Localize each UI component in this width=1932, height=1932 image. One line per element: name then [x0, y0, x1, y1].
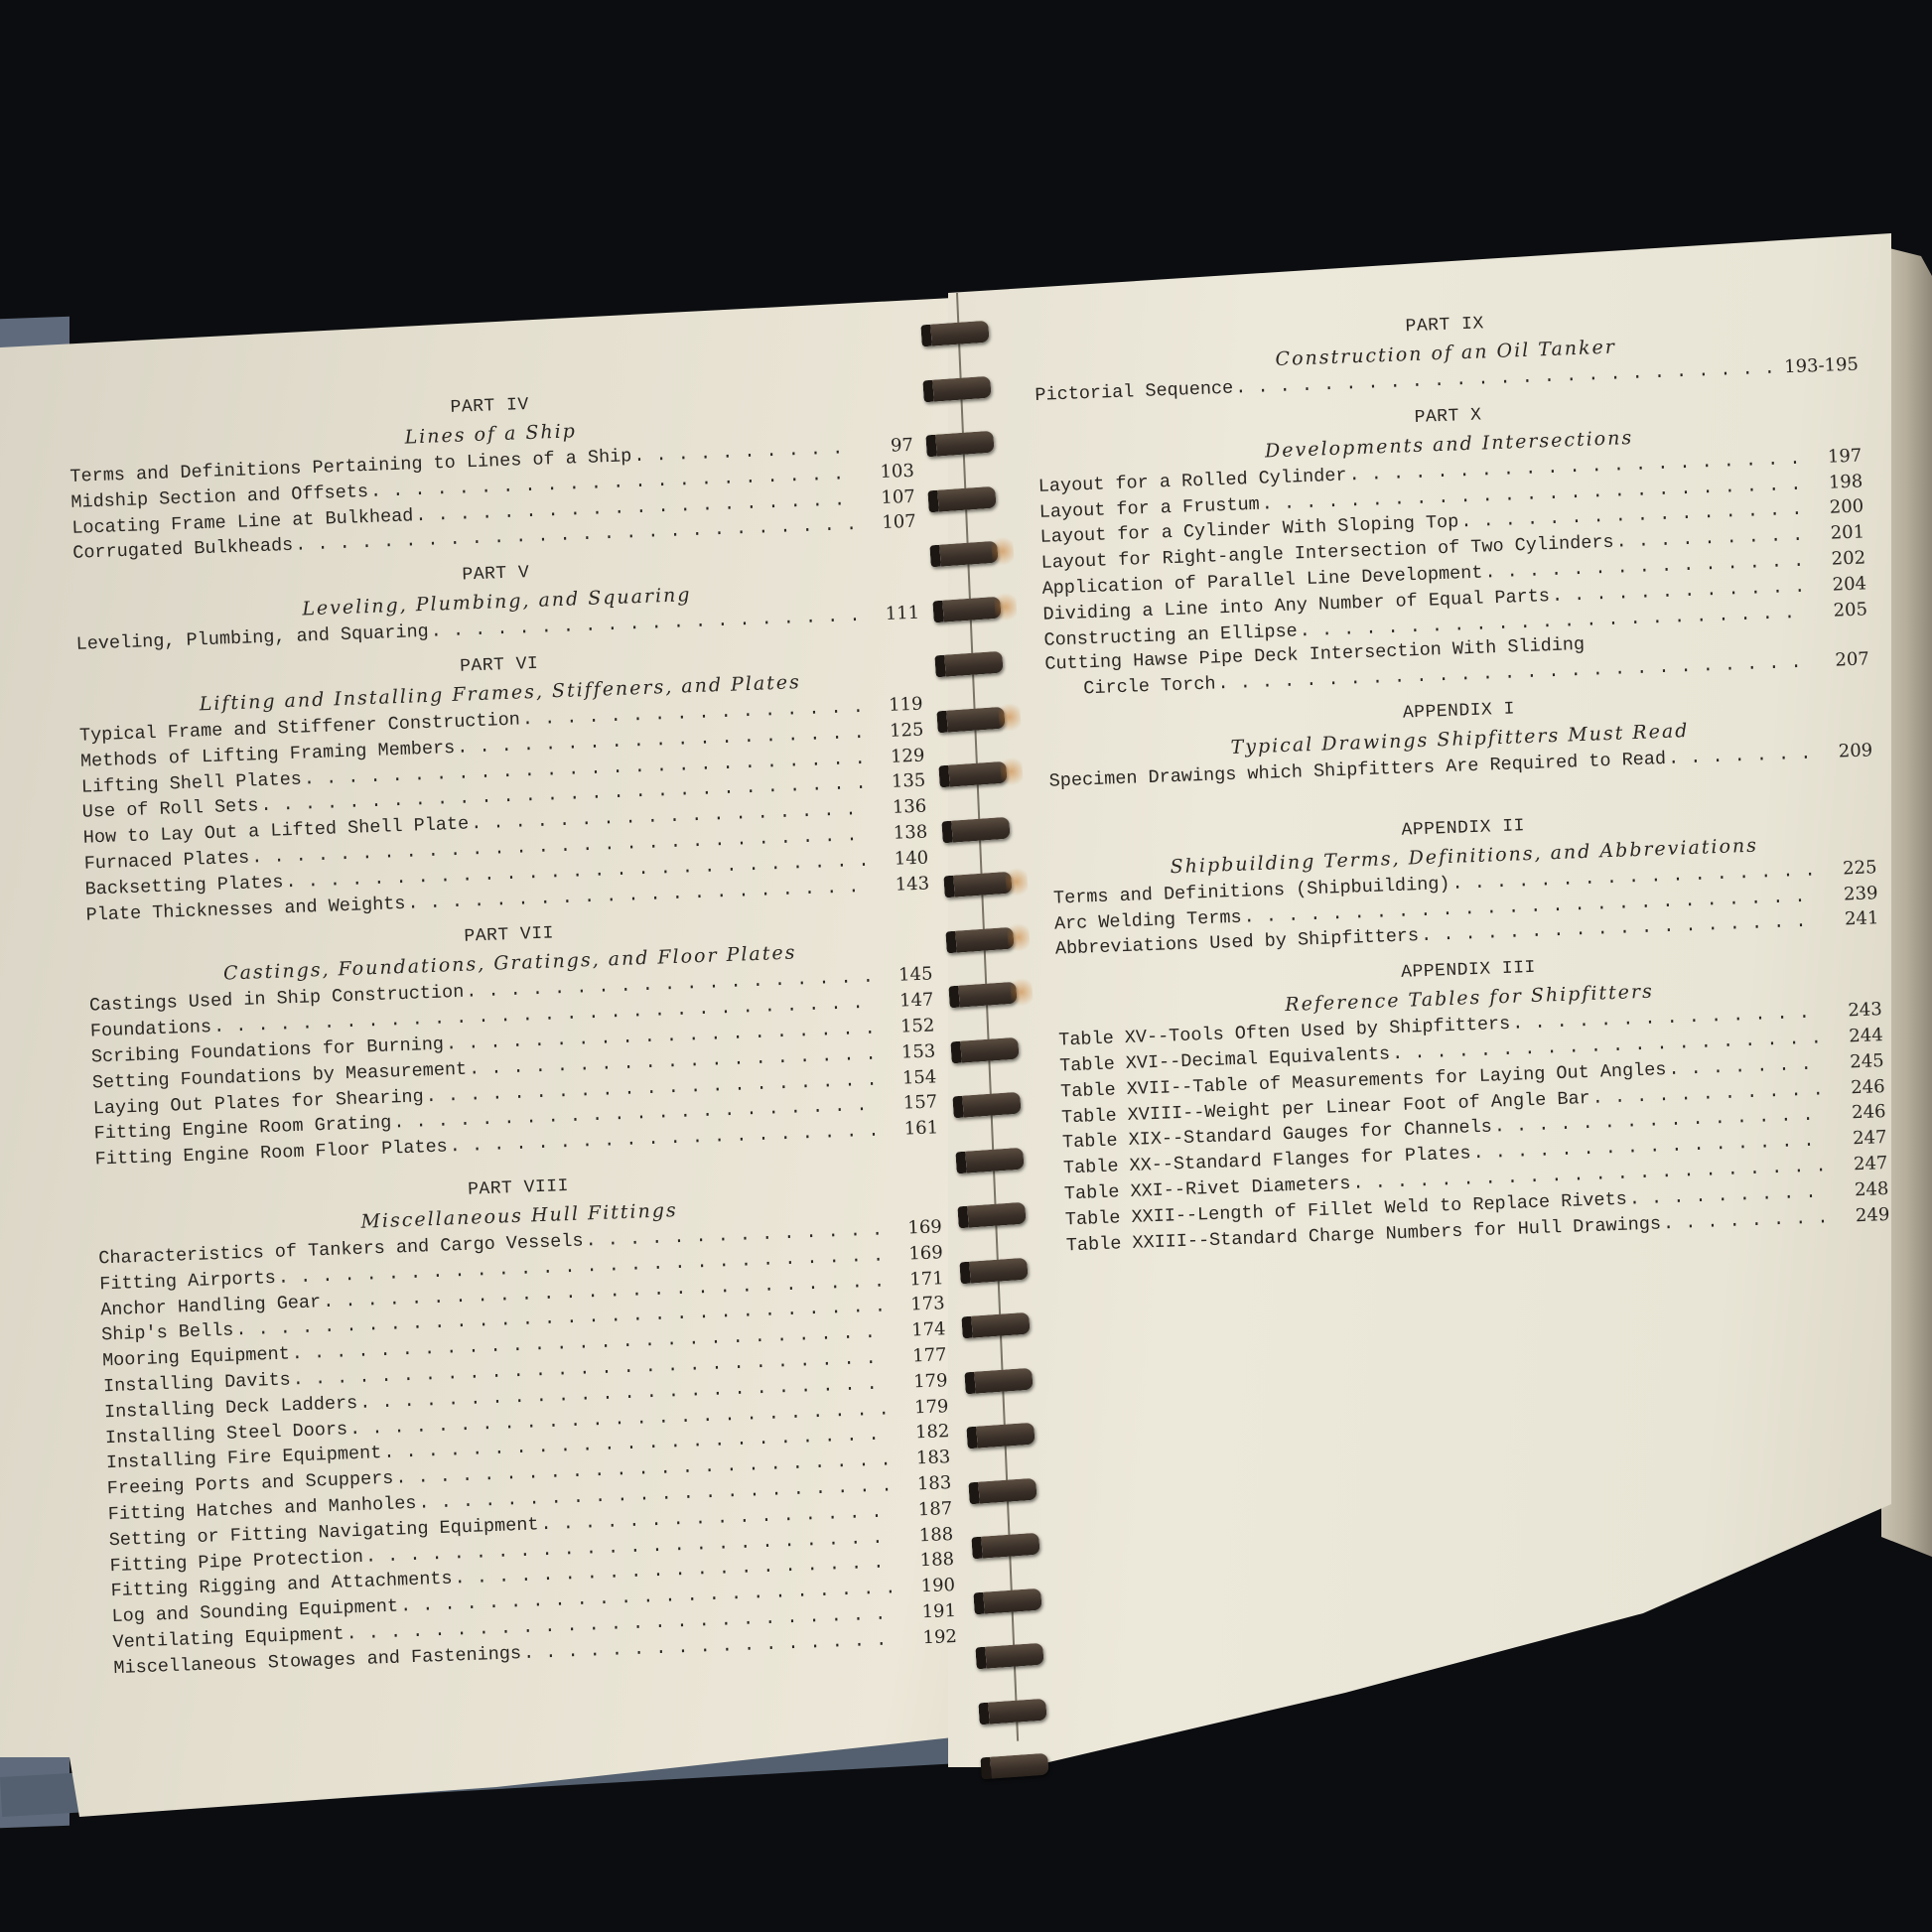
- spiral-coil: [932, 596, 1001, 622]
- entry-page-number: 171: [886, 1267, 944, 1294]
- entry-page-number: 202: [1808, 546, 1866, 573]
- entry-page-number: 147: [876, 989, 934, 1016]
- spiral-coil: [923, 375, 992, 402]
- spiral-coil: [978, 1698, 1046, 1725]
- entry-page-number: 182: [892, 1420, 950, 1447]
- spiral-coil: [973, 1587, 1041, 1614]
- entry-page-number: 209: [1815, 739, 1873, 765]
- entry-page-number: 192: [899, 1625, 958, 1652]
- entry-page-number: 138: [870, 821, 928, 848]
- spiral-coil: [941, 816, 1010, 843]
- entry-page-number: 247: [1830, 1152, 1888, 1178]
- entry-page-number: 191: [898, 1599, 957, 1626]
- spiral-coil: [927, 485, 996, 512]
- entry-page-number: 125: [866, 718, 924, 745]
- entry-page-number: 246: [1827, 1075, 1885, 1102]
- entry-page-number: 169: [884, 1215, 942, 1242]
- entry-page-number: 247: [1829, 1126, 1887, 1153]
- entry-page-number: 161: [881, 1116, 939, 1143]
- entry-page-number: 188: [896, 1523, 954, 1550]
- entry-page-number: 244: [1825, 1024, 1883, 1050]
- entry-page-number: 197: [1804, 444, 1863, 471]
- entry-page-number: 201: [1807, 521, 1865, 548]
- entry-page-number: 107: [858, 510, 916, 537]
- spiral-coil: [920, 321, 989, 347]
- dot-leader: [1668, 743, 1810, 772]
- toc-right-column: PART IXConstruction of an Oil TankerPict…: [1033, 298, 1890, 1259]
- entry-page-number: 136: [869, 795, 927, 822]
- entry-page-number: 135: [868, 769, 926, 796]
- entry-page-number: 183: [894, 1471, 952, 1498]
- spiral-coil: [950, 1036, 1019, 1063]
- entry-page-number: 190: [897, 1574, 956, 1600]
- entry-page-number: 145: [875, 963, 933, 990]
- entry-page-number: 179: [891, 1395, 949, 1422]
- entry-page-number: 204: [1809, 572, 1867, 599]
- entry-page-number: 248: [1831, 1177, 1889, 1204]
- entry-page-number: 97: [856, 434, 914, 461]
- spiral-coil: [964, 1367, 1033, 1394]
- entry-page-number: 243: [1824, 998, 1882, 1025]
- spiral-coil: [971, 1533, 1039, 1560]
- spiral-coil: [955, 1147, 1024, 1173]
- entry-page-number: 241: [1821, 907, 1879, 934]
- entry-page-number: 173: [887, 1293, 945, 1319]
- entry-page-number: 179: [890, 1369, 948, 1396]
- entry-page-number: 157: [880, 1091, 938, 1118]
- entry-page-number: 103: [856, 460, 914, 486]
- entry-page-number: 111: [862, 602, 920, 628]
- spiral-coil: [980, 1753, 1048, 1780]
- entry-page-number: 183: [893, 1446, 951, 1472]
- entry-page-number: 153: [878, 1039, 936, 1066]
- entry-page-number: 193-195: [1784, 353, 1860, 381]
- entry-page-number: 154: [879, 1065, 937, 1092]
- entry-page-number: 239: [1820, 882, 1878, 908]
- entry-page-number: 107: [857, 484, 915, 511]
- spiral-coil: [946, 926, 1015, 953]
- entry-page-number: 129: [867, 744, 925, 770]
- entry-page-number: 225: [1819, 856, 1877, 883]
- spiral-coil: [957, 1202, 1026, 1229]
- entry-page-number: 187: [895, 1497, 953, 1524]
- spiral-coil: [943, 872, 1012, 898]
- entry-page-number: 245: [1826, 1049, 1884, 1076]
- entry-page-number: 140: [871, 846, 929, 873]
- entry-page-number: 246: [1828, 1100, 1886, 1127]
- entry-page-number: 119: [865, 693, 923, 720]
- spiral-coil: [948, 982, 1017, 1009]
- entry-page-number: 200: [1806, 495, 1864, 522]
- entry-page-number: 152: [877, 1014, 935, 1040]
- entry-title: Foundations: [90, 1016, 212, 1044]
- toc-left-column: PART IVLines of a ShipTerms and Definiti…: [68, 378, 957, 1682]
- entry-page-number: [1811, 639, 1868, 641]
- entry-page-number: 207: [1811, 648, 1869, 675]
- entry-page-number: 143: [872, 872, 930, 898]
- entry-page-number: 249: [1832, 1203, 1890, 1230]
- spiral-coil: [934, 651, 1003, 678]
- spiral-coil: [966, 1423, 1035, 1449]
- entry-page-number: 174: [888, 1317, 946, 1344]
- entry-page-number: 205: [1810, 598, 1868, 624]
- spiral-coil: [936, 706, 1005, 733]
- entry-page-number: 169: [885, 1241, 943, 1268]
- spiral-coil: [969, 1477, 1037, 1504]
- entry-page-number: 198: [1805, 470, 1863, 496]
- entry-title: Ship's Bells: [101, 1319, 234, 1349]
- spiral-coil: [959, 1257, 1028, 1284]
- spiral-coil: [925, 431, 994, 458]
- entry-page-number: 177: [889, 1343, 947, 1370]
- entry-page-number: 188: [897, 1548, 955, 1575]
